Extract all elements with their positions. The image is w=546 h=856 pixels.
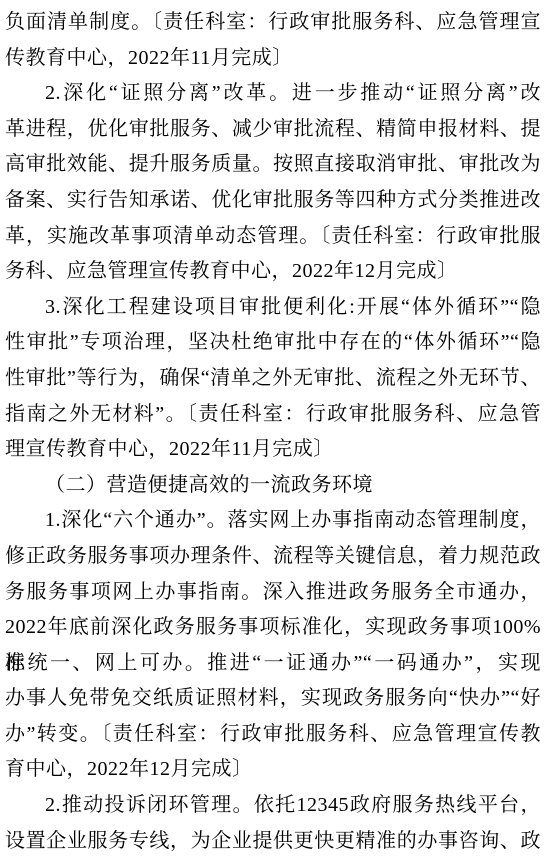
text-line: 负面清单制度。〔责任科室：行政审批服务科、应急管理宣 [5,5,541,41]
text-line: 2.推动投诉闭环管理。依托12345政府服务热线平台， [5,788,541,824]
text-line: 育中心，2022年12月完成〕 [5,752,541,788]
text-line: 2.深化“证照分离”改革。进一步推动“证照分离”改 [5,76,541,112]
text-line: 办”转变。〔责任科室：行政审批服务科、应急管理宣传教 [5,717,541,753]
text-line: 准统一、网上可办。推进“一证通办”“一码通办”，实现 [5,646,541,682]
text-line: 传教育中心，2022年11月完成〕 [5,41,541,77]
text-line: 革进程，优化审批服务、减少审批流程、精简申报材料、提 [5,112,541,148]
text-line: 革，实施改革事项清单动态管理。〔责任科室：行政审批服 [5,219,541,255]
document-text: 负面清单制度。〔责任科室：行政审批服务科、应急管理宣传教育中心，2022年11月… [0,0,546,856]
document-page: 负面清单制度。〔责任科室：行政审批服务科、应急管理宣传教育中心，2022年11月… [0,0,546,856]
text-line: 指南之外无材料”。〔责任科室：行政审批服务科、应急管 [5,397,541,433]
text-line: 1.深化“六个通办”。落实网上办事指南动态管理制度， [5,503,541,539]
text-line: 理宣传教育中心，2022年11月完成〕 [5,432,541,468]
text-line: 性审批”专项治理，坚决杜绝审批中存在的“体外循环”“隐 [5,325,541,361]
section-heading: （二）营造便捷高效的一流政务环境 [5,468,541,504]
text-line: 高审批效能、提升服务质量。按照直接取消审批、审批改为 [5,147,541,183]
text-line: 务科、应急管理宣传教育中心，2022年12月完成〕 [5,254,541,290]
text-line: 2022年底前深化政务服务事项标准化，实现政务事项100%标 [5,610,541,646]
text-line: 3.深化工程建设项目审批便利化:开展“体外循环”“隐 [5,290,541,326]
text-line: 备案、实行告知承诺、优化审批服务等四种方式分类推进改 [5,183,541,219]
text-line: 性审批”等行为，确保“清单之外无审批、流程之外无环节、 [5,361,541,397]
text-line: 修正政务服务事项办理条件、流程等关键信息，着力规范政 [5,539,541,575]
text-line: 务服务事项网上办事指南。深入推进政务服务全市通办， [5,575,541,611]
text-line: 设置企业服务专线，为企业提供更快更精准的办事咨询、政 [5,824,541,856]
text-line: 办事人免带免交纸质证照材料，实现政务服务向“快办”“好 [5,681,541,717]
